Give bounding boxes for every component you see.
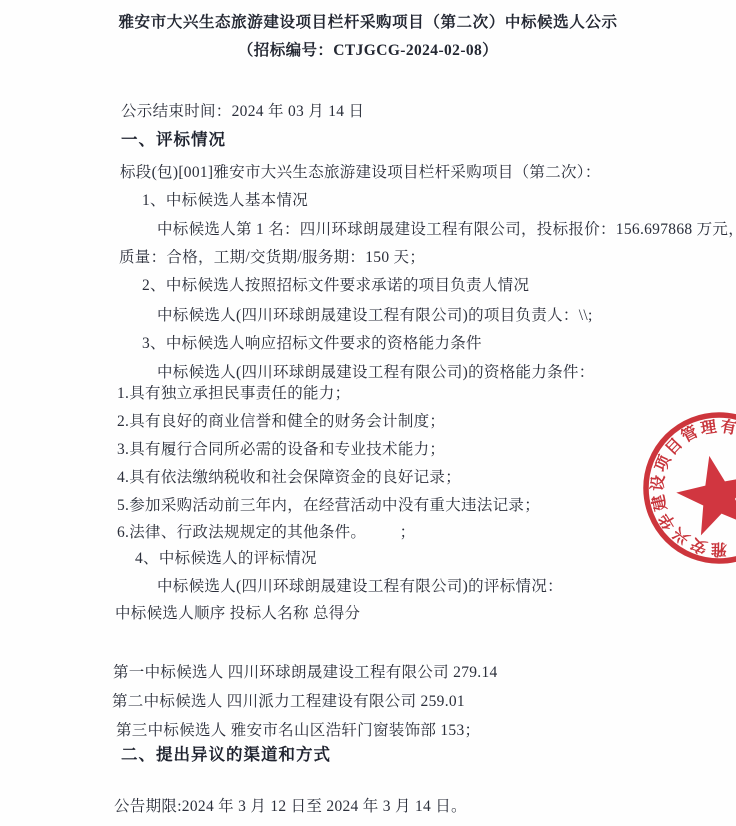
evaluation-intro-line: 中标候选人(四川环球朗晟建设工程有限公司)的评标情况： xyxy=(157,577,563,596)
qualification-condition-5: 5.参加采购活动前三年内，在经营活动中没有重大违法记录； xyxy=(117,496,540,515)
publicity-end-line: 公示结束时间：2024 年 03 月 14 日 xyxy=(121,102,364,121)
scanned-document-page: 雅安市大兴生态旅游建设项目栏杆采购项目（第二次）中标候选人公示 （招标编号：CT… xyxy=(0,0,736,826)
document-title: 雅安市大兴生态旅游建设项目栏杆采购项目（第二次）中标候选人公示 xyxy=(0,13,736,32)
qualification-condition-3: 3.具有履行合同所必需的设备和专业技术能力； xyxy=(117,440,445,459)
item-3-heading: 3、中标候选人响应招标文件要求的资格能力条件 xyxy=(142,334,482,353)
qualification-condition-2: 2.具有良好的商业信誉和健全的财务会计制度； xyxy=(117,412,445,431)
section-2-heading: 二、提出异议的渠道和方式 xyxy=(121,745,331,764)
red-company-seal: 雅安兴华建设项目管理有限公司 xyxy=(619,388,736,588)
ranking-row-3: 第三中标候选人 雅安市名山区浩轩门窗装饰部 153； xyxy=(116,721,480,740)
ranking-row-1: 第一中标候选人 四川环球朗晟建设工程有限公司 279.14 xyxy=(113,663,498,682)
notice-period-line: 公告期限:2024 年 3 月 12 日至 2024 年 3 月 14 日。 xyxy=(114,797,467,816)
qualification-condition-4: 4.具有依法缴纳税收和社会保障资金的良好记录； xyxy=(117,468,461,487)
section-1-heading: 一、评标情况 xyxy=(121,130,226,149)
qualification-intro-line: 中标候选人(四川环球朗晟建设工程有限公司)的资格能力条件： xyxy=(157,363,595,382)
ranking-table-header: 中标候选人顺序 投标人名称 总得分 xyxy=(115,604,360,623)
project-manager-line: 中标候选人(四川环球朗晟建设工程有限公司)的项目负责人：\\; xyxy=(157,306,593,325)
ranking-row-2: 第二中标候选人 四川派力工程建设有限公司 259.01 xyxy=(112,692,465,711)
candidate-1-basic-info-line: 中标候选人第 1 名：四川环球朗晟建设工程有限公司，投标报价：156.69786… xyxy=(157,220,736,239)
candidate-1-quality-line: 质量：合格，工期/交货期/服务期：150 天； xyxy=(119,248,425,267)
lot-line: 标段(包)[001]雅安市大兴生态旅游建设项目栏杆采购项目（第二次）： xyxy=(120,163,601,182)
item-4-heading: 4、中标候选人的评标情况 xyxy=(135,549,317,568)
item-1-heading: 1、中标候选人基本情况 xyxy=(142,191,308,210)
qualification-condition-1: 1.具有独立承担民事责任的能力； xyxy=(117,384,350,403)
item-2-heading: 2、中标候选人按照招标文件要求承诺的项目负责人情况 xyxy=(142,276,529,295)
tender-number-line: （招标编号：CTJGCG-2024-02-08） xyxy=(0,41,736,60)
qualification-condition-6: 6.法律、行政法规规定的其他条件。 ； xyxy=(117,523,415,542)
